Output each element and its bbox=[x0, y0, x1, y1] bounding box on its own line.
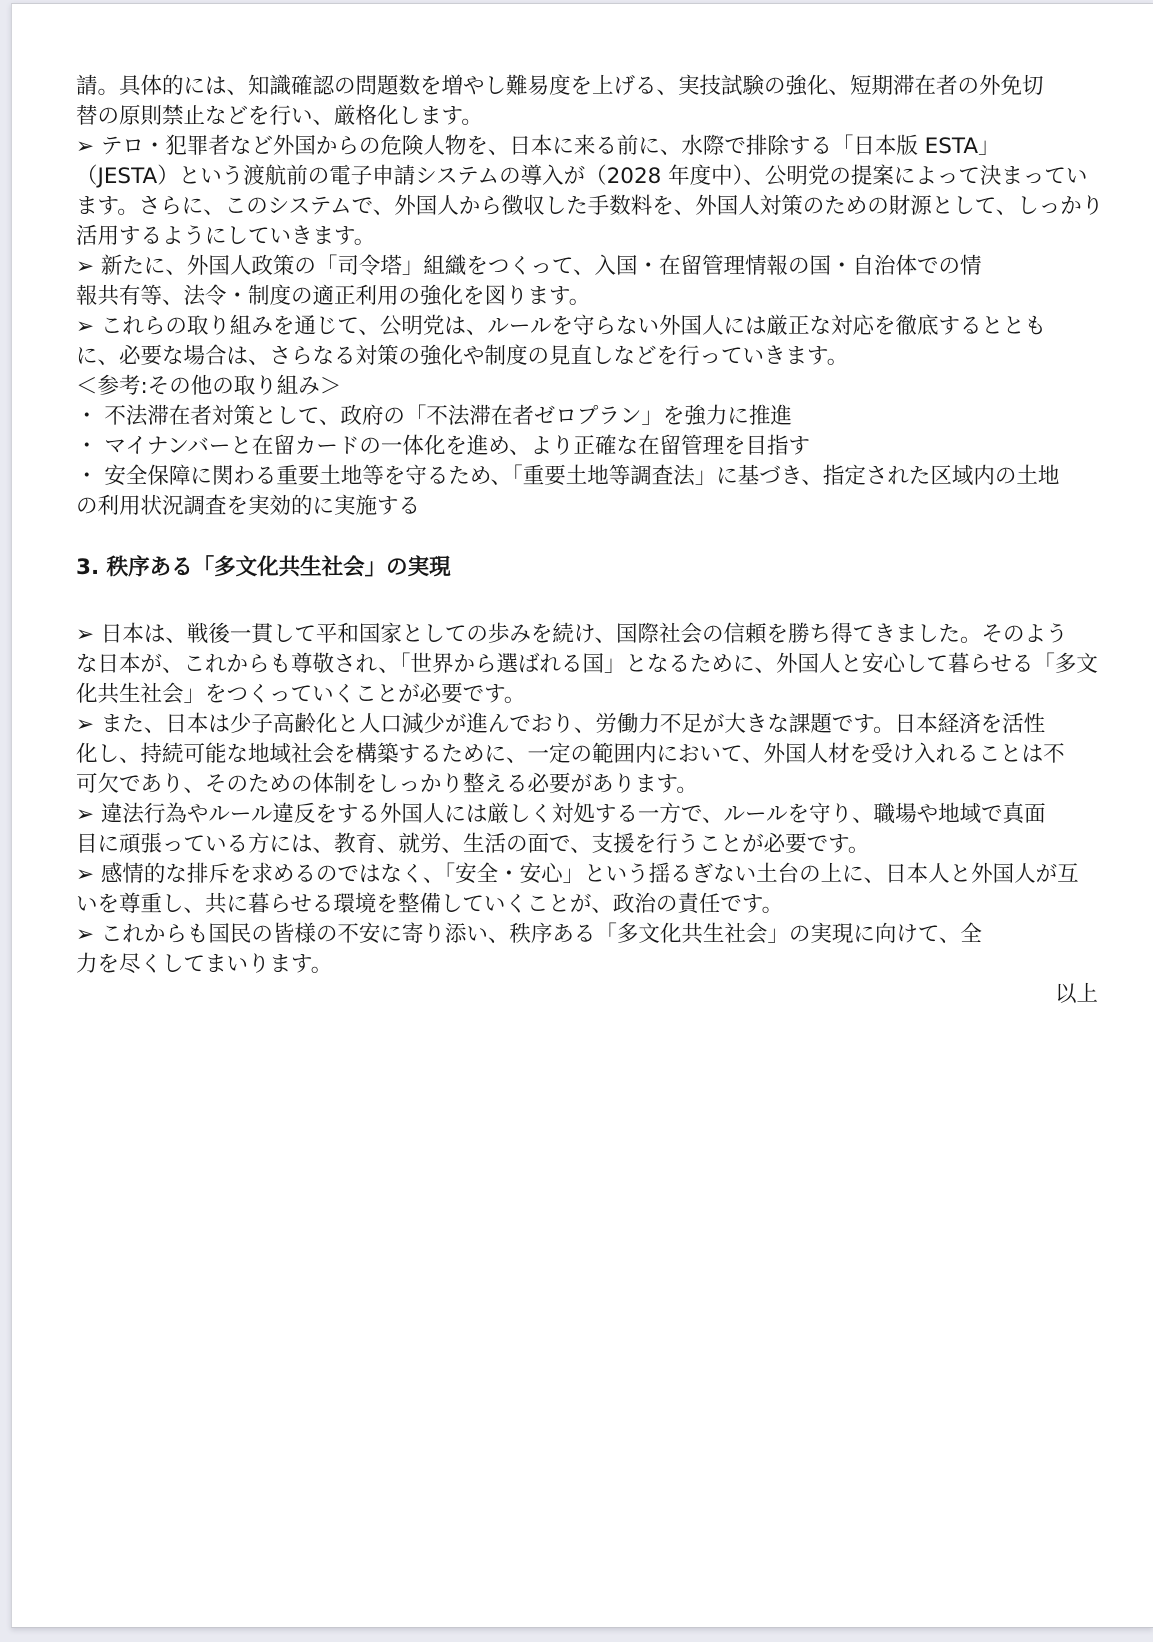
reference-bullet-line: ・ 不法滞在者対策として、政府の「不法滞在者ゼロプラン」を強力に推進 bbox=[76, 402, 1111, 432]
body-line: 活用するようにしていきます。 bbox=[76, 222, 1111, 252]
section-gap bbox=[76, 583, 1111, 620]
section-gap bbox=[76, 522, 1111, 553]
body-line: 目に頑張っている方には、教育、就労、生活の面で、支援を行うことが必要です。 bbox=[76, 830, 1111, 860]
body-line: ➢ 日本は、戦後一貫して平和国家としての歩みを続け、国際社会の信頼を勝ち得てきま… bbox=[76, 620, 1111, 650]
body-line: ➢ 新たに、外国人政策の「司令塔」組織をつくって、入国・在留管理情報の国・自治体… bbox=[76, 252, 1111, 282]
body-line: に、必要な場合は、さらなる対策の強化や制度の見直しなどを行っていきます。 bbox=[76, 342, 1111, 372]
document-page: 請。具体的には、知識確認の問題数を増やし難易度を上げる、実技試験の強化、短期滞在… bbox=[11, 3, 1153, 1628]
reference-bullet-line: ・ マイナンバーと在留カードの一体化を進め、より正確な在留管理を目指す bbox=[76, 432, 1111, 462]
body-line: （JESTA）という渡航前の電子申請システムの導入が（2028 年度中）、公明党… bbox=[76, 162, 1111, 192]
body-line: 可欠であり、そのための体制をしっかり整える必要があります。 bbox=[76, 770, 1111, 800]
section-heading: 3. 秩序ある「多文化共生社会」の実現 bbox=[76, 553, 1111, 583]
document-content: 請。具体的には、知識確認の問題数を増やし難易度を上げる、実技試験の強化、短期滞在… bbox=[76, 72, 1111, 1010]
reference-heading-line: ＜参考:その他の取り組み＞ bbox=[76, 372, 1111, 402]
body-line: いを尊重し、共に暮らせる環境を整備していくことが、政治の責任です。 bbox=[76, 890, 1111, 920]
body-line: 化共生社会」をつくっていくことが必要です。 bbox=[76, 680, 1111, 710]
closing-mark: 以上 bbox=[76, 980, 1098, 1010]
reference-bullet-line: ・ 安全保障に関わる重要土地等を守るため、「重要土地等調査法」に基づき、指定され… bbox=[76, 462, 1111, 492]
body-line: ➢ また、日本は少子高齢化と人口減少が進んでおり、労働力不足が大きな課題です。日… bbox=[76, 710, 1111, 740]
reference-bullet-line: の利用状況調査を実効的に実施する bbox=[76, 492, 1111, 522]
body-line: ➢ 違法行為やルール違反をする外国人には厳しく対処する一方で、ルールを守り、職場… bbox=[76, 800, 1111, 830]
body-line: ➢ これからも国民の皆様の不安に寄り添い、秩序ある「多文化共生社会」の実現に向け… bbox=[76, 920, 1111, 950]
body-line: ➢ テロ・犯罪者など外国からの危険人物を、日本に来る前に、水際で排除する「日本版… bbox=[76, 132, 1111, 162]
body-line: 替の原則禁止などを行い、厳格化します。 bbox=[76, 102, 1111, 132]
body-line: 化し、持続可能な地域社会を構築するために、一定の範囲内において、外国人材を受け入… bbox=[76, 740, 1111, 770]
body-line: 請。具体的には、知識確認の問題数を増やし難易度を上げる、実技試験の強化、短期滞在… bbox=[76, 72, 1111, 102]
body-line: ➢ これらの取り組みを通じて、公明党は、ルールを守らない外国人には厳正な対応を徹… bbox=[76, 312, 1111, 342]
body-line: 力を尽くしてまいります。 bbox=[76, 950, 1111, 980]
body-line: ます。さらに、このシステムで、外国人から徴収した手数料を、外国人対策のための財源… bbox=[76, 192, 1111, 222]
body-line: な日本が、これからも尊敬され、「世界から選ばれる国」となるために、外国人と安心し… bbox=[76, 650, 1111, 680]
body-line: ➢ 感情的な排斥を求めるのではなく、「安全・安心」という揺るぎない土台の上に、日… bbox=[76, 860, 1111, 890]
body-line: 報共有等、法令・制度の適正利用の強化を図ります。 bbox=[76, 282, 1111, 312]
